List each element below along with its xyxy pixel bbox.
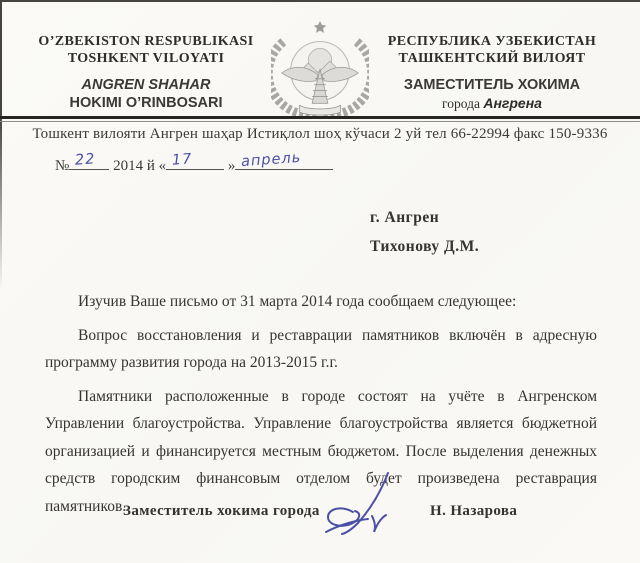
letterhead-city-ru: города Ангрена xyxy=(362,95,622,112)
contact-address-line: Тошкент вилояти Ангрен шаҳар Истиқлол шо… xyxy=(0,126,640,143)
letterhead-city-uz: ANGREN SHAHAR xyxy=(18,77,274,95)
handwritten-month: апрель xyxy=(241,150,302,170)
signature-row: Заместитель хокима города Н. Назарова xyxy=(0,470,640,550)
addressee-block: г. Ангрен Тихонову Д.М. xyxy=(370,209,479,256)
letterhead-region-uz: TOSHKENT VILOYATI xyxy=(18,50,274,67)
ref-number-blank: 22 xyxy=(69,152,109,170)
letterhead-city-name: Ангрена xyxy=(483,95,542,111)
ref-number-label: № xyxy=(55,158,69,174)
ref-quote-close: » xyxy=(228,158,236,174)
addressee-name: Тихонову Д.М. xyxy=(370,238,479,256)
body-paragraph-2: Вопрос восстановления и реставрации памя… xyxy=(45,322,597,377)
letterhead-country-uz: O’ZBEKISTON RESPUBLIKASI xyxy=(18,33,274,50)
letterhead-right: РЕСПУБЛИКА УЗБЕКИСТАН ТАШКЕНТСКИЙ ВИЛОЯТ… xyxy=(362,33,622,112)
letterhead-region-ru: ТАШКЕНТСКИЙ ВИЛОЯТ xyxy=(362,50,622,67)
scan-border-left xyxy=(0,0,2,290)
ref-year-segment: 2014 й « xyxy=(113,158,166,174)
letterhead-right-spacer xyxy=(362,67,622,77)
letterhead-left-spacer xyxy=(18,67,274,77)
header-divider-thick xyxy=(0,116,640,119)
letterhead-office-uz: HOKIMI O’RINBOSARI xyxy=(18,95,274,113)
signer-title: Заместитель хокима города xyxy=(123,503,320,520)
addressee-city: г. Ангрен xyxy=(370,209,479,227)
header-divider xyxy=(0,116,640,122)
letterhead-left: O’ZBEKISTON RESPUBLIKASI TOSHKENT VILOYA… xyxy=(18,33,274,112)
reference-date-line: №22 2014 й «17 »апрель xyxy=(55,152,333,175)
handwritten-signature xyxy=(322,470,418,546)
scan-border-top xyxy=(0,0,640,2)
handwritten-ref-number: 22 xyxy=(75,151,97,168)
letterhead-country-ru: РЕСПУБЛИКА УЗБЕКИСТАН xyxy=(362,33,622,50)
header-divider-thin xyxy=(0,121,640,122)
signer-name: Н. Назарова xyxy=(430,503,517,520)
letterhead-city-prefix: города xyxy=(442,96,480,111)
ref-month-blank: апрель xyxy=(235,152,333,170)
body-paragraph-1: Изучив Ваше письмо от 31 марта 2014 года… xyxy=(45,288,597,316)
scanned-letter-page: O’ZBEKISTON RESPUBLIKASI TOSHKENT VILOYA… xyxy=(0,0,640,563)
uzbekistan-coat-of-arms-icon xyxy=(271,20,369,118)
ref-day-blank: 17 xyxy=(166,152,224,170)
letterhead-office-ru: ЗАМЕСТИТЕЛЬ ХОКИМА xyxy=(362,77,622,95)
handwritten-day: 17 xyxy=(172,151,194,168)
